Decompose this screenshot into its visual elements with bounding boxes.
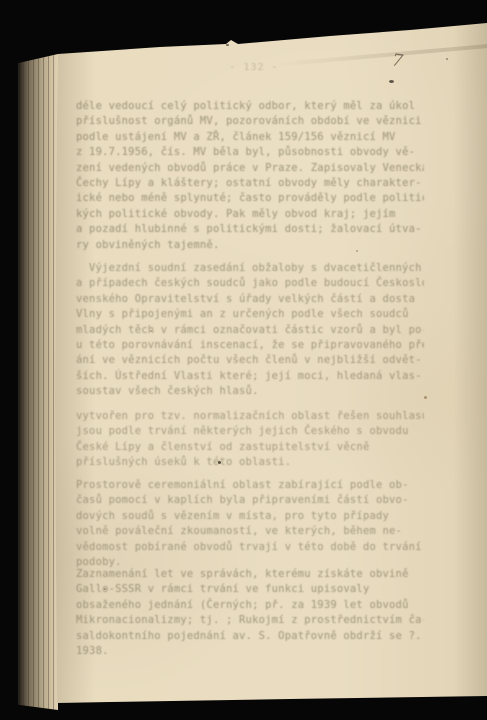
text-line: jsou podle trvání některých jejich České… [76,424,424,439]
text-line: déle vedoucí celý politický odbor, který… [76,99,424,114]
text-line: ších. Ústřední Vlasti které; její moci, … [76,369,424,384]
text-line: a pozadí hlubinné s politickými dosti; ž… [76,222,424,237]
text-line: podle ustájení MV a ZŘ, článek 159/156 v… [76,130,424,145]
text-line: Prostorově ceremoniální oblast zabírajíc… [76,478,424,493]
text-line: 1938. [76,644,424,659]
text-line: a případech českých soudců jako podle bu… [76,276,424,291]
dust-speck [226,44,229,46]
text-line: časů pomocí v kaplích byla připraveními … [76,493,424,508]
paragraph: vytvořen pro tzv. normalizačních oblast … [76,409,424,471]
text-line: příslušnost orgánů MV, pozorováních obdo… [76,114,424,129]
dust-speck [446,58,448,60]
dust-speck [150,330,152,332]
dust-speck [218,461,221,464]
dust-speck [356,250,358,252]
text-line: volně pováleční zkoumaností, ve kterých,… [76,524,424,539]
text-line: dových soudů s vězením v místa, pro tyto… [76,509,424,524]
text-line: Zaznamenání let ve správách, kterému zís… [76,567,424,582]
text-line: Vlny s připojenými an z určených podle v… [76,307,424,322]
text-line: mladých těch v rámci označovati částic v… [76,323,424,338]
page-stack-edges [18,54,58,710]
text-line: Čechy Lípy a kláštery; ostatní obvody mě… [76,176,424,191]
book-page: - 132 - 7 déle vedoucí celý politický od… [0,0,487,720]
text-line: Výjezdní soudní zasedání obžaloby s dvac… [76,261,424,276]
paragraph: Prostorově ceremoniální oblast zabírajíc… [76,478,424,570]
paragraph: Zaznamenání let ve správách, kterému zís… [76,567,424,659]
text-line: kých politické obvody. Pak měly obvod kr… [76,207,424,222]
text-line: venského Opravitelství s úřady velkých č… [76,292,424,307]
text-line: obsaženého jednání (Černých; př. za 1939… [76,598,424,613]
text-line: ické nebo méně splynuté; často prováděly… [76,191,424,206]
text-line: zení vedených obvodů práce v Praze. Zapi… [76,161,424,176]
text-line: u této porovnávání inscenací, že se přip… [76,338,424,353]
text-line: z 19.7.1956, čís. MV běla byl, působnost… [76,145,424,160]
text-line: ry obviněných tajemně. [76,238,424,253]
scanned-book-photo: - 132 - 7 déle vedoucí celý politický od… [0,0,487,720]
page-text: déle vedoucí celý politický odbor, který… [0,0,487,720]
text-line: Gallo-SSSR v rámci trvání ve funkci upis… [76,582,424,597]
paragraph: Výjezdní soudní zasedání obžaloby s dvac… [76,261,424,400]
text-line: Mikronacionalizmy; tj. ; Rukojmí z prost… [76,613,424,628]
dust-speck [424,396,427,399]
text-line: saldokontního pojednání av. S. Opatřovně… [76,629,424,644]
text-line: ání ve věznicích počtu všech členů v nej… [76,353,424,368]
dust-speck [104,588,106,590]
text-line: České Lípy a členství od zastupitelství … [76,440,424,455]
text-line: vědomost pobírané obvodů trvají v této d… [76,540,424,555]
paragraph: déle vedoucí celý politický odbor, který… [76,99,424,253]
text-line: příslušných úseků k této oblasti. [76,455,424,470]
text-line: vytvořen pro tzv. normalizačních oblast … [76,409,424,424]
text-line: soustav všech českých hlasů. [76,384,424,399]
